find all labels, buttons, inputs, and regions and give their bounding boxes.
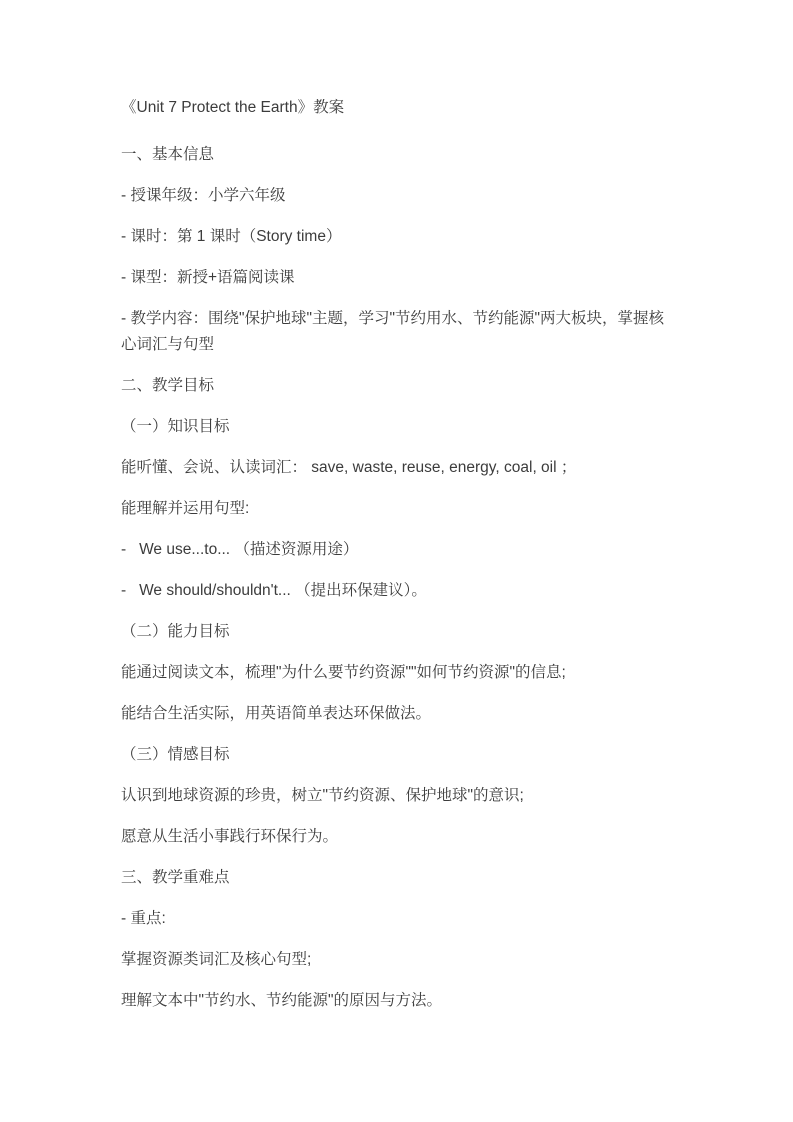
grade-item: - 授课年级：小学六年级 bbox=[121, 183, 678, 209]
section-3-heading: 三、教学重难点 bbox=[121, 865, 678, 891]
teaching-content-item: - 教学内容：围绕"保护地球"主题，学习"节约用水、节约能源"两大板块，掌握核心… bbox=[121, 306, 678, 358]
key-point-2: 理解文本中"节约水、节约能源"的原因与方法。 bbox=[121, 988, 678, 1014]
knowledge-goal-heading: （一）知识目标 bbox=[121, 414, 678, 440]
period-item: - 课时：第 1 课时（Story time） bbox=[121, 224, 678, 250]
key-points-item: - 重点: bbox=[121, 906, 678, 932]
ability-goal-heading: （二）能力目标 bbox=[121, 619, 678, 645]
ability-goal-1: 能通过阅读文本，梳理"为什么要节约资源""如何节约资源"的信息; bbox=[121, 660, 678, 686]
document-page: 《Unit 7 Protect the Earth》教案 一、基本信息 - 授课… bbox=[0, 0, 793, 1122]
section-2-heading: 二、教学目标 bbox=[121, 373, 678, 399]
ability-goal-2: 能结合生活实际，用英语简单表达环保做法。 bbox=[121, 701, 678, 727]
section-1-heading: 一、基本信息 bbox=[121, 142, 678, 168]
pattern-we-use: - We use...to... （描述资源用途） bbox=[121, 537, 678, 563]
doc-title: 《Unit 7 Protect the Earth》教案 bbox=[121, 95, 678, 121]
pattern-we-should: - We should/shouldn't... （提出环保建议）。 bbox=[121, 578, 678, 604]
lesson-type-item: - 课型：新授+语篇阅读课 bbox=[121, 265, 678, 291]
emotion-goal-2: 愿意从生活小事践行环保行为。 bbox=[121, 824, 678, 850]
key-point-1: 掌握资源类词汇及核心句型; bbox=[121, 947, 678, 973]
vocabulary-goal: 能听懂、会说、认读词汇： save, waste, reuse, energy,… bbox=[121, 455, 678, 481]
emotion-goal-heading: （三）情感目标 bbox=[121, 742, 678, 768]
emotion-goal-1: 认识到地球资源的珍贵，树立"节约资源、保护地球"的意识; bbox=[121, 783, 678, 809]
sentence-pattern-goal: 能理解并运用句型: bbox=[121, 496, 678, 522]
